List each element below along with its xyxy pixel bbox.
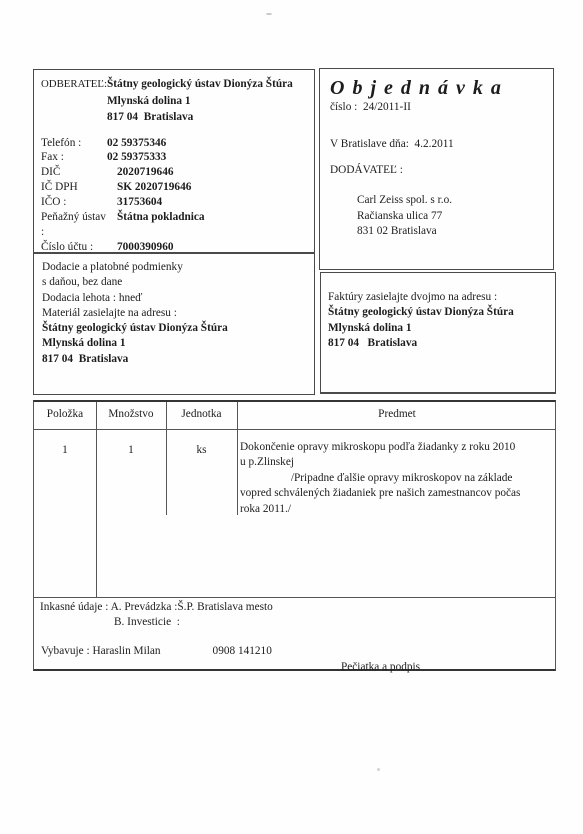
collection-data-line1: Inkasné údaje : A. Prevádzka :Š.P. Brati… <box>40 601 273 613</box>
column-divider-1 <box>96 402 97 597</box>
items-footer-divider-line <box>34 597 555 598</box>
field-row-icdph: IČ DPH SK 2020719646 <box>41 180 307 195</box>
scan-speck <box>266 13 272 15</box>
buyer-box: ODBERATEĽ: Štátny geologický ústav Dioný… <box>33 69 315 253</box>
items-table: Položka Množstvo Jednotka Predmet 1 1 ks… <box>33 400 556 671</box>
document-page: ODBERATEĽ: Štátny geologický ústav Dioný… <box>0 0 583 834</box>
field-row-fax: Fax : 02 59375333 <box>41 150 307 165</box>
field-value-fax: 02 59375333 <box>107 150 166 165</box>
buyer-address-block: Štátny geologický ústav Dionýza Štúra Ml… <box>107 76 293 126</box>
item-row-jednotka: ks <box>166 444 237 456</box>
buyer-name: Štátny geologický ústav Dionýza Štúra <box>107 76 293 93</box>
delivery-address-name: Štátny geologický ústav Dionýza Štúra <box>42 321 306 336</box>
column-header-polozka: Položka <box>34 408 96 420</box>
field-label-icdph: IČ DPH <box>41 180 107 195</box>
invoice-address-name: Štátny geologický ústav Dionýza Štúra <box>328 305 555 320</box>
order-title: O b j e d n á v k a <box>330 76 543 100</box>
delivery-terms-line1: Dodacie a platobné podmienky <box>42 260 306 275</box>
delivery-address-street: Mlynská dolina 1 <box>42 336 306 351</box>
item-row-polozka: 1 <box>34 444 96 456</box>
field-value-icdph: SK 2020719646 <box>117 180 191 195</box>
column-header-predmet: Predmet <box>237 408 557 420</box>
field-value-ico: 31753604 <box>117 195 162 210</box>
supplier-label: DODÁVATEĽ : <box>330 164 543 176</box>
delivery-terms-line4: Materiál zasielajte na adresu : <box>42 306 306 321</box>
field-row-dic: DIČ 2020719646 <box>41 165 307 180</box>
order-box: O b j e d n á v k a číslo : 24/2011-II V… <box>319 68 554 270</box>
field-label-telefon: Telefón : <box>41 136 107 151</box>
field-label-ico: IČO : <box>41 195 107 210</box>
supplier-address-block: Carl Zeiss spol. s r.o. Račianska ulica … <box>357 193 543 240</box>
field-row-telefon: Telefón : 02 59375346 <box>41 136 307 151</box>
item-row-predmet: Dokončenie opravy mikroskopu podľa žiada… <box>240 440 556 517</box>
header-divider-line <box>34 429 555 430</box>
delivery-address-city: 817 04 Bratislava <box>42 352 306 367</box>
supplier-name: Carl Zeiss spol. s r.o. <box>357 193 543 209</box>
delivery-terms-box: Dodacie a platobné podmienky s daňou, be… <box>33 253 315 395</box>
field-row-penazny-ustav: Peňažný ústav : Štátna pokladnica <box>41 210 307 240</box>
buyer-city: 817 04 Bratislava <box>107 109 293 126</box>
column-header-mnozstvo: Množstvo <box>96 408 166 420</box>
invoice-address-street: Mlynská dolina 1 <box>328 321 555 336</box>
field-value-telefon: 02 59375346 <box>107 136 166 151</box>
invoice-address-instruction: Faktúry zasielajte dvojmo na adresu : <box>328 290 555 305</box>
field-value-dic: 2020719646 <box>117 165 173 180</box>
invoice-address-city: 817 04 Bratislava <box>328 336 555 351</box>
handled-by-row: Vybavuje : Haraslin Milan 0908 141210 <box>41 645 272 657</box>
supplier-street: Račianska ulica 77 <box>357 209 543 225</box>
item-row-mnozstvo: 1 <box>96 444 166 456</box>
buyer-label: ODBERATEĽ: <box>41 76 107 90</box>
supplier-city: 831 02 Bratislava <box>357 224 543 240</box>
scan-speck <box>377 768 380 771</box>
field-value-penazny-ustav: Štátna pokladnica <box>117 210 205 240</box>
field-label-penazny-ustav: Peňažný ústav : <box>41 210 107 240</box>
buyer-street: Mlynská dolina 1 <box>107 93 293 110</box>
field-label-dic: DIČ <box>41 165 107 180</box>
collection-data-line2: B. Investicie : <box>114 616 180 628</box>
buyer-header: ODBERATEĽ: Štátny geologický ústav Dioný… <box>41 76 307 126</box>
column-header-jednotka: Jednotka <box>166 408 237 420</box>
field-row-ico: IČO : 31753604 <box>41 195 307 210</box>
order-number: číslo : 24/2011-II <box>330 101 543 113</box>
handled-by-phone: 0908 141210 <box>213 645 272 657</box>
invoice-address-box: Faktúry zasielajte dvojmo na adresu : Št… <box>320 272 556 394</box>
field-label-fax: Fax : <box>41 150 107 165</box>
buyer-fields: Telefón : 02 59375346 Fax : 02 59375333 … <box>41 136 307 270</box>
handled-by-label: Vybavuje : Haraslin Milan <box>41 645 161 657</box>
delivery-terms-line2: s daňou, bez dane <box>42 275 306 290</box>
stamp-signature-label: Pečiatka a podpis <box>341 661 420 673</box>
delivery-terms-line3: Dodacia lehota : hneď <box>42 291 306 306</box>
order-date: V Bratislave dňa: 4.2.2011 <box>330 138 543 150</box>
